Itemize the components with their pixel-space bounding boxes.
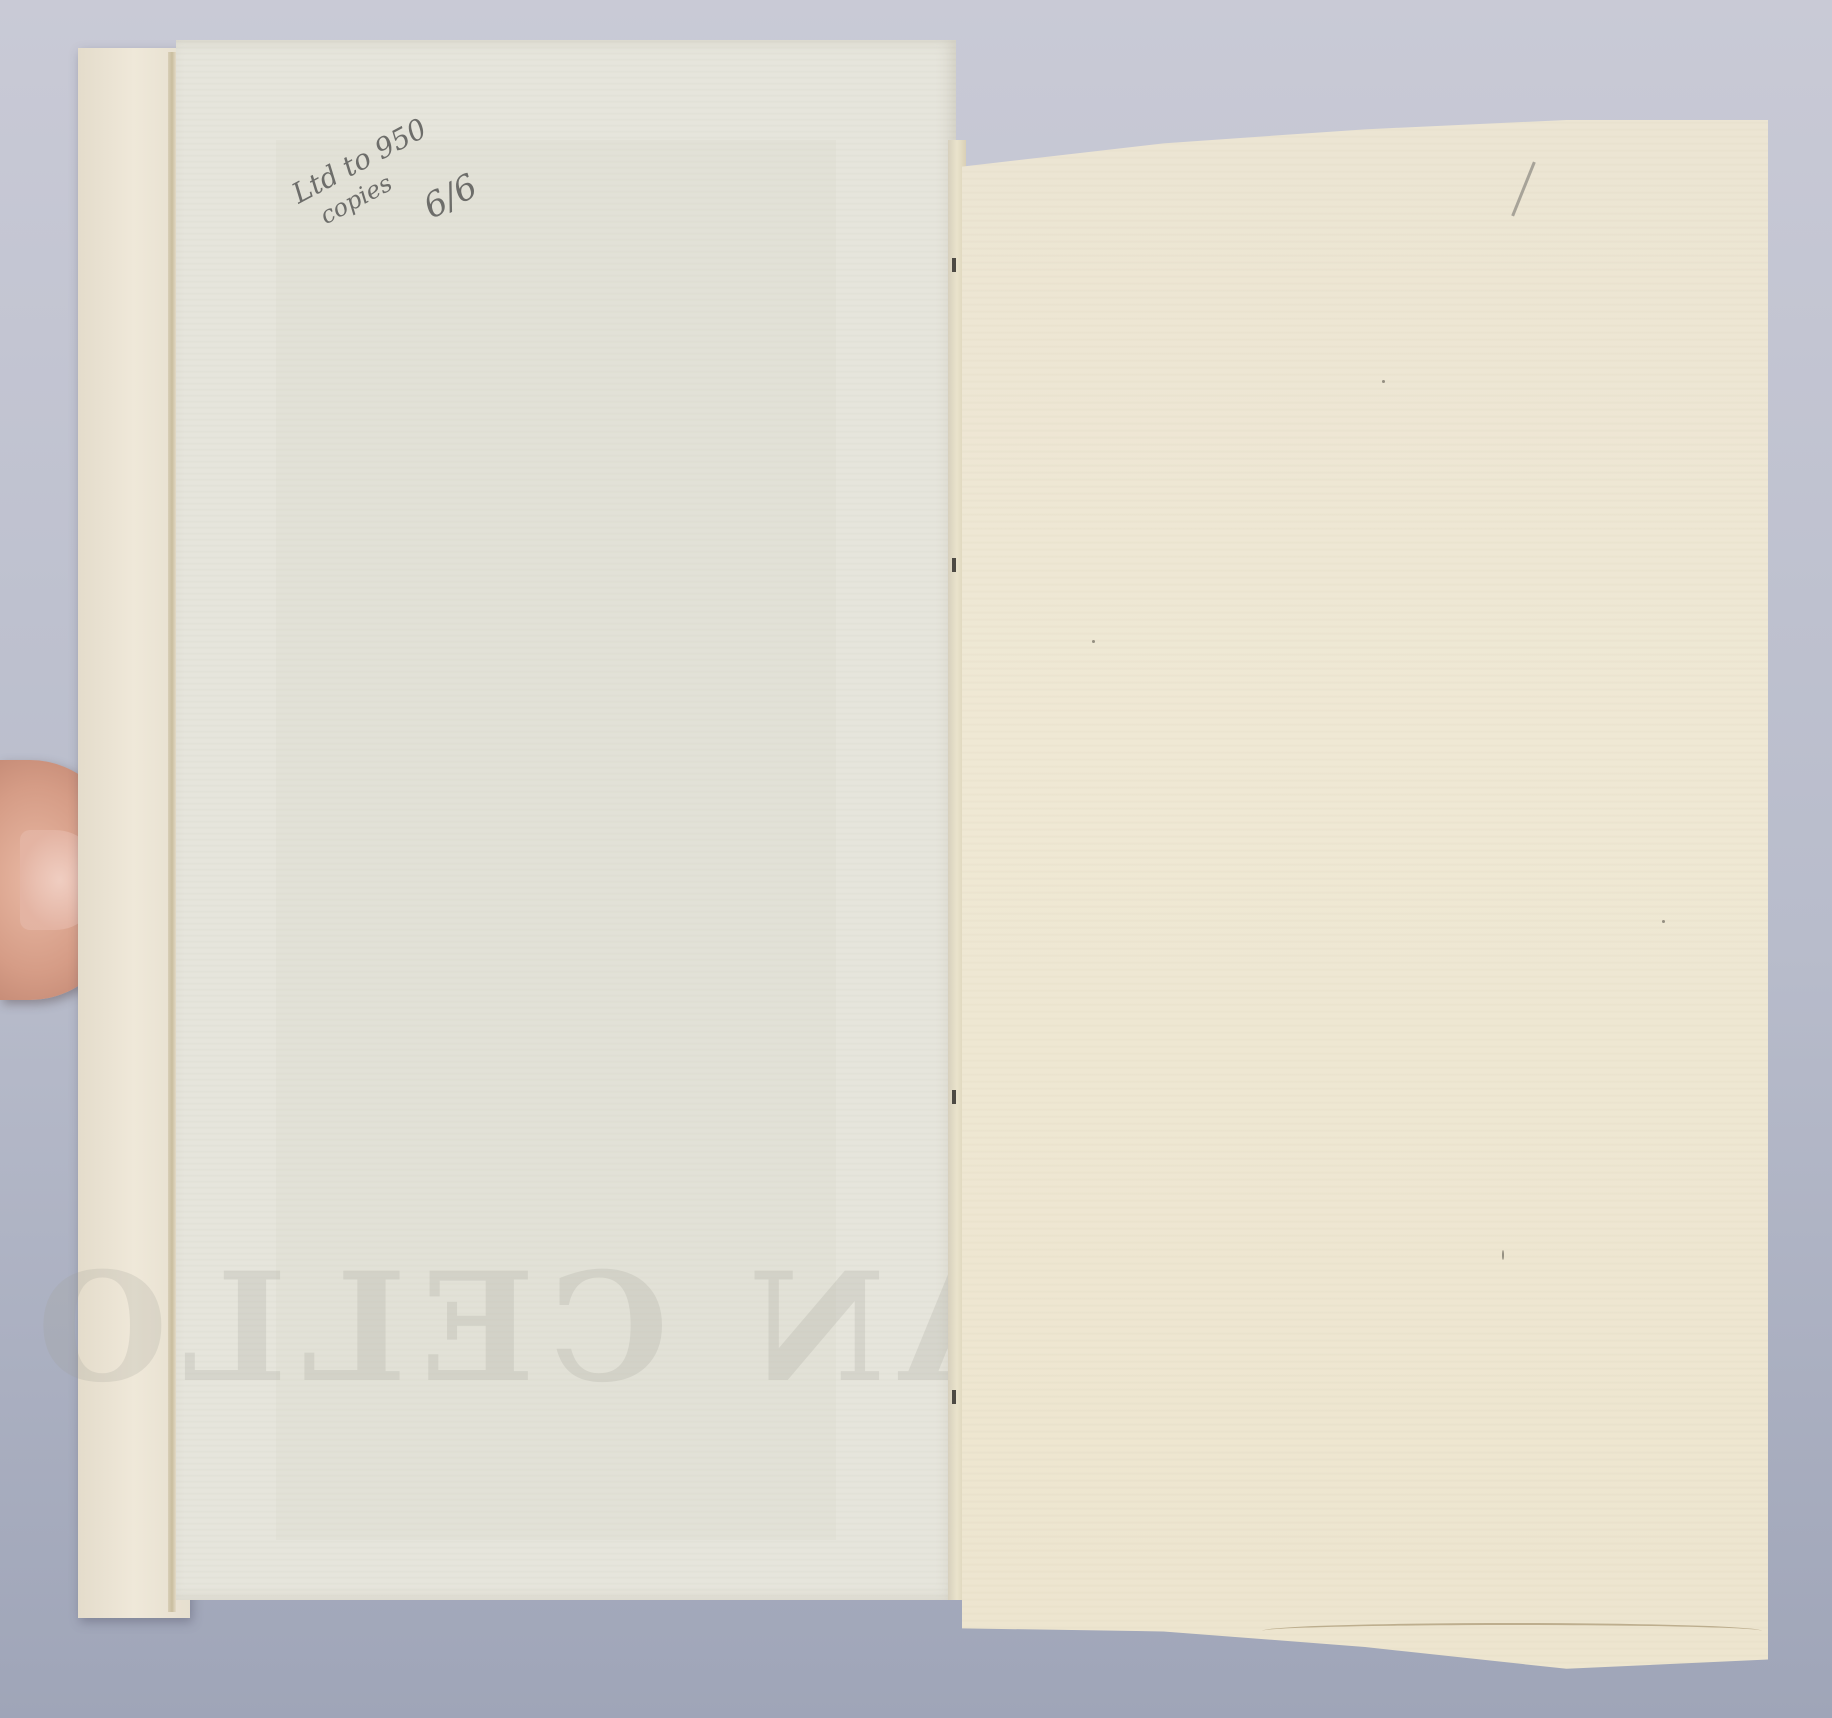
- paper-speck: [1502, 1250, 1504, 1260]
- tide-line-stain: [1262, 1623, 1762, 1639]
- photo-scene: Ltd to 950 copies 6/6 AN CELLO: [0, 0, 1832, 1718]
- binding-stitch: [952, 558, 956, 572]
- paper-speck: [1092, 640, 1095, 643]
- right-page: [962, 120, 1768, 1675]
- binding-stitch: [952, 1390, 956, 1404]
- left-page: Ltd to 950 copies 6/6 AN CELLO: [176, 40, 956, 1600]
- binding-stitch: [952, 1090, 956, 1104]
- paper-texture: [962, 120, 1768, 1675]
- paper-speck: [1382, 380, 1385, 383]
- show-through-title: AN CELLO: [316, 1240, 1016, 1416]
- paper-speck: [1662, 920, 1665, 923]
- binding-stitch: [952, 258, 956, 272]
